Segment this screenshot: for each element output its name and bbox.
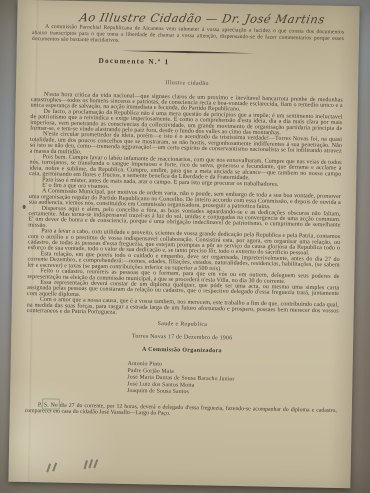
- postscript: P. S. No dia 27 do corrente, por 12 hora…: [25, 401, 337, 419]
- swelled-rule-divider: [121, 49, 255, 54]
- body-paragraph: Com o amor que a nossa causa, que é a vo…: [27, 296, 339, 319]
- ink-blot: [23, 205, 26, 209]
- document-content: Ao Illustre Cidadão — Dr. José Martins A…: [23, 6, 344, 488]
- handwritten-dedication-text: Ao Illustre Cidadão — Dr. José Martins: [79, 11, 327, 26]
- document-photograph: Ao Illustre Cidadão — Dr. José Martins A…: [0, 0, 370, 493]
- paper-sheet: Ao Illustre Cidadão — Dr. José Martins A…: [8, 0, 359, 488]
- green-pencil-mark: [42, 398, 60, 409]
- closing-motto: Saude e Republica: [26, 318, 338, 330]
- signatories-list: Antonio PintoPadre Gorjão MaiaJosé Maria…: [127, 361, 338, 399]
- document-number-heading: Documento N.º 1: [98, 57, 343, 70]
- committee-label: A Commissão Organizadora: [26, 343, 338, 356]
- body-paragraphs: N'esta hora critica da vida nacional—que…: [27, 91, 343, 319]
- dateline: Torres Novas 17 de Dezembro de 1906: [26, 331, 338, 343]
- salutation: Illustre cidadão: [31, 77, 343, 89]
